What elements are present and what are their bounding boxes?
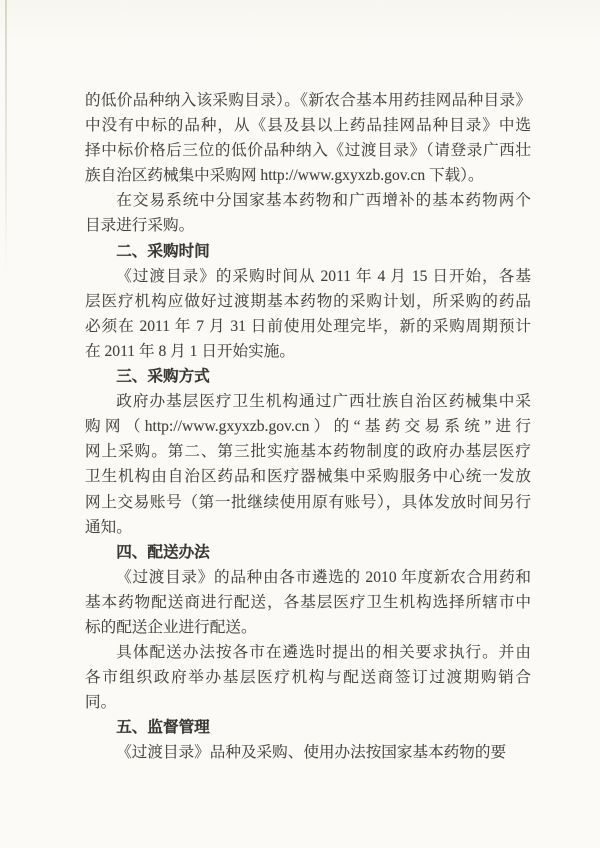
- document-page: 的低价品种纳入该采购目录）。《新农合基本用药挂网品种目录》中没有中标的品种，从《…: [0, 0, 600, 848]
- text-line: 的低价品种纳入该采购目录）。《新农合基本用药挂网品种目录》: [85, 88, 531, 113]
- text-line: 基本药物配送商进行配送，各基层医疗卫生机构选择所辖市中: [85, 590, 531, 615]
- document-body: 的低价品种纳入该采购目录）。《新农合基本用药挂网品种目录》中没有中标的品种，从《…: [85, 88, 531, 766]
- text-line: 政府办基层医疗卫生机构通过广西壮族自治区药械集中采: [85, 389, 531, 414]
- paragraph: 的低价品种纳入该采购目录）。《新农合基本用药挂网品种目录》中没有中标的品种，从《…: [85, 88, 531, 188]
- text-line: 层医疗机构应做好过渡期基本药物的采购计划，所采购的药品: [85, 289, 531, 314]
- text-line: 在交易系统中分国家基本药物和广西增补的基本药物两个: [85, 188, 531, 213]
- text-line: 网上交易账号（第一批继续使用原有账号），具体发放时间另行: [85, 490, 531, 515]
- text-line: 卫生机构由自治区药品和医疗器械集中采购服务中心统一发放: [85, 464, 531, 489]
- text-line: 族自治区药械集中采购网 http://www.gxyxzb.gov.cn 下载）…: [85, 163, 531, 188]
- paragraph: 政府办基层医疗卫生机构通过广西壮族自治区药械集中采购网（http://www.g…: [85, 389, 531, 540]
- text-line: 二、采购时间: [85, 239, 531, 264]
- text-line: 中没有中标的品种，从《县及县以上药品挂网品种目录》中选: [85, 113, 531, 138]
- paragraph: 《过渡目录》的采购时间从 2011 年 4 月 15 日开始，各基层医疗机构应做…: [85, 264, 531, 364]
- text-line: 《过渡目录》的品种由各市遴选的 2010 年度新农合用药和: [85, 565, 531, 590]
- paragraph: 在交易系统中分国家基本药物和广西增补的基本药物两个目录进行采购。: [85, 188, 531, 238]
- text-line: 《过渡目录》的采购时间从 2011 年 4 月 15 日开始，各基: [85, 264, 531, 289]
- section-heading: 五、监督管理: [85, 715, 531, 740]
- text-line: 必须在 2011 年 7 月 31 日前使用处理完毕，新的采购周期预计: [85, 314, 531, 339]
- text-line: 目录进行采购。: [85, 213, 531, 238]
- text-line: 三、采购方式: [85, 364, 531, 389]
- text-line: 同。: [85, 690, 531, 715]
- section-heading: 三、采购方式: [85, 364, 531, 389]
- text-line: 五、监督管理: [85, 715, 531, 740]
- scan-edge-line: [5, 0, 7, 275]
- text-line: 四、配送办法: [85, 540, 531, 565]
- text-line: 通知。: [85, 515, 531, 540]
- text-line: 网上采购。第二、第三批实施基本药物制度的政府办基层医疗: [85, 439, 531, 464]
- text-line: 择中标价格后三位的低价品种纳入《过渡目录》（请登录广西壮: [85, 138, 531, 163]
- text-line: 购网（http://www.gxyxzb.gov.cn）的“基药交易系统”进行: [85, 414, 531, 439]
- paragraph: 具体配送办法按各市在遴选时提出的相关要求执行。并由各市组织政府举办基层医疗机构与…: [85, 640, 531, 715]
- text-line: 各市组织政府举办基层医疗机构与配送商签订过渡期购销合: [85, 665, 531, 690]
- section-heading: 二、采购时间: [85, 239, 531, 264]
- section-heading: 四、配送办法: [85, 540, 531, 565]
- text-line: 在 2011 年 8 月 1 日开始实施。: [85, 339, 531, 364]
- text-line: 《过渡目录》品种及采购、使用办法按国家基本药物的要: [85, 740, 531, 765]
- paragraph: 《过渡目录》品种及采购、使用办法按国家基本药物的要: [85, 740, 531, 765]
- text-line: 标的配送企业进行配送。: [85, 615, 531, 640]
- text-line: 具体配送办法按各市在遴选时提出的相关要求执行。并由: [85, 640, 531, 665]
- paragraph: 《过渡目录》的品种由各市遴选的 2010 年度新农合用药和基本药物配送商进行配送…: [85, 565, 531, 640]
